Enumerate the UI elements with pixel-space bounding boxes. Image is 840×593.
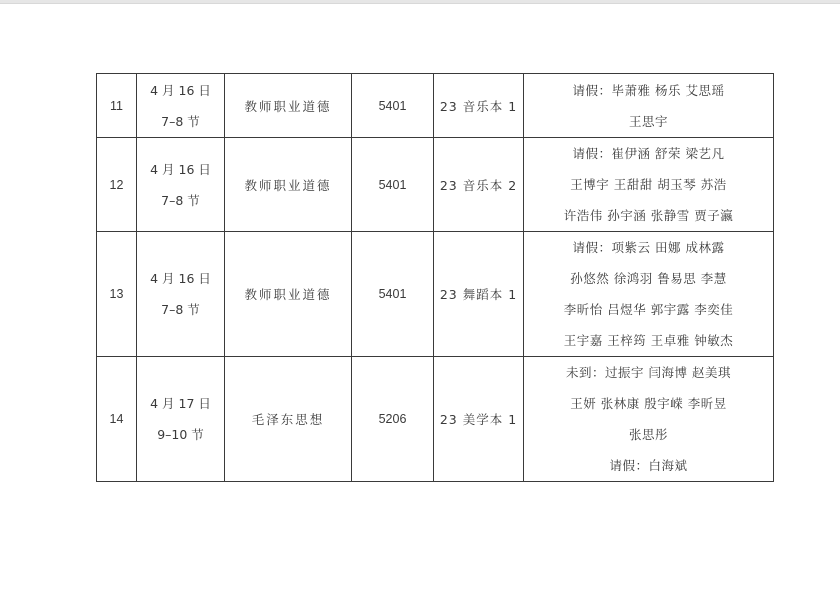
class-name: 23 音乐本 1 [434, 74, 524, 138]
date: 4 月 16 日 [137, 154, 224, 185]
names-line: 孙悠然 徐鸿羽 鲁易思 李慧 [524, 263, 773, 294]
date-cell: 4 月 16 日 7–8 节 [137, 74, 225, 138]
class-name: 23 舞蹈本 1 [434, 232, 524, 357]
page-top-edge [0, 0, 840, 4]
course-name: 教师职业道德 [225, 138, 352, 232]
classroom: 5206 [352, 357, 434, 482]
date: 4 月 16 日 [137, 75, 224, 106]
names-line: 王思宇 [524, 106, 773, 137]
periods: 7–8 节 [137, 106, 224, 137]
row-number: 13 [97, 232, 137, 357]
date-cell: 4 月 16 日 7–8 节 [137, 138, 225, 232]
periods: 7–8 节 [137, 294, 224, 325]
row-number: 11 [97, 74, 137, 138]
names-line: 请假：白海斌 [524, 450, 773, 481]
date: 4 月 16 日 [137, 263, 224, 294]
date-cell: 4 月 16 日 7–8 节 [137, 232, 225, 357]
class-name: 23 美学本 1 [434, 357, 524, 482]
classroom: 5401 [352, 232, 434, 357]
classroom: 5401 [352, 138, 434, 232]
names-line: 张思彤 [524, 419, 773, 450]
names-line: 请假：毕萧雅 杨乐 艾思瑶 [524, 75, 773, 106]
table-row: 14 4 月 17 日 9–10 节 毛泽东思想 5206 23 美学本 1 未… [97, 357, 774, 482]
date-cell: 4 月 17 日 9–10 节 [137, 357, 225, 482]
absence-names: 请假：项紫云 田娜 成林露 孙悠然 徐鸿羽 鲁易思 李慧 李昕怡 吕煜华 郭宇露… [524, 232, 774, 357]
names-line: 李昕怡 吕煜华 郭宇露 李奕佳 [524, 294, 773, 325]
classroom: 5401 [352, 74, 434, 138]
date: 4 月 17 日 [137, 388, 224, 419]
names-line: 许浩伟 孙宇涵 张静雪 贾子瀛 [524, 200, 773, 231]
attendance-table: 11 4 月 16 日 7–8 节 教师职业道德 5401 23 音乐本 1 请… [96, 73, 774, 482]
absence-names: 请假：崔伊涵 舒荣 梁艺凡 王博宇 王甜甜 胡玉琴 苏浩 许浩伟 孙宇涵 张静雪… [524, 138, 774, 232]
course-name: 教师职业道德 [225, 74, 352, 138]
row-number: 14 [97, 357, 137, 482]
names-line: 王妍 张林康 殷宇嵘 李昕昱 [524, 388, 773, 419]
periods: 7–8 节 [137, 185, 224, 216]
names-line: 王宇嘉 王梓筠 王卓雅 钟敏杰 [524, 325, 773, 356]
absence-names: 未到：过振宇 闫海博 赵美琪 王妍 张林康 殷宇嵘 李昕昱 张思彤 请假：白海斌 [524, 357, 774, 482]
table-row: 13 4 月 16 日 7–8 节 教师职业道德 5401 23 舞蹈本 1 请… [97, 232, 774, 357]
names-line: 王博宇 王甜甜 胡玉琴 苏浩 [524, 169, 773, 200]
periods: 9–10 节 [137, 419, 224, 450]
names-line: 未到：过振宇 闫海博 赵美琪 [524, 357, 773, 388]
course-name: 教师职业道德 [225, 232, 352, 357]
course-name: 毛泽东思想 [225, 357, 352, 482]
names-line: 请假：项紫云 田娜 成林露 [524, 232, 773, 263]
row-number: 12 [97, 138, 137, 232]
class-name: 23 音乐本 2 [434, 138, 524, 232]
names-line: 请假：崔伊涵 舒荣 梁艺凡 [524, 138, 773, 169]
table-row: 12 4 月 16 日 7–8 节 教师职业道德 5401 23 音乐本 2 请… [97, 138, 774, 232]
absence-names: 请假：毕萧雅 杨乐 艾思瑶 王思宇 [524, 74, 774, 138]
table-row: 11 4 月 16 日 7–8 节 教师职业道德 5401 23 音乐本 1 请… [97, 74, 774, 138]
